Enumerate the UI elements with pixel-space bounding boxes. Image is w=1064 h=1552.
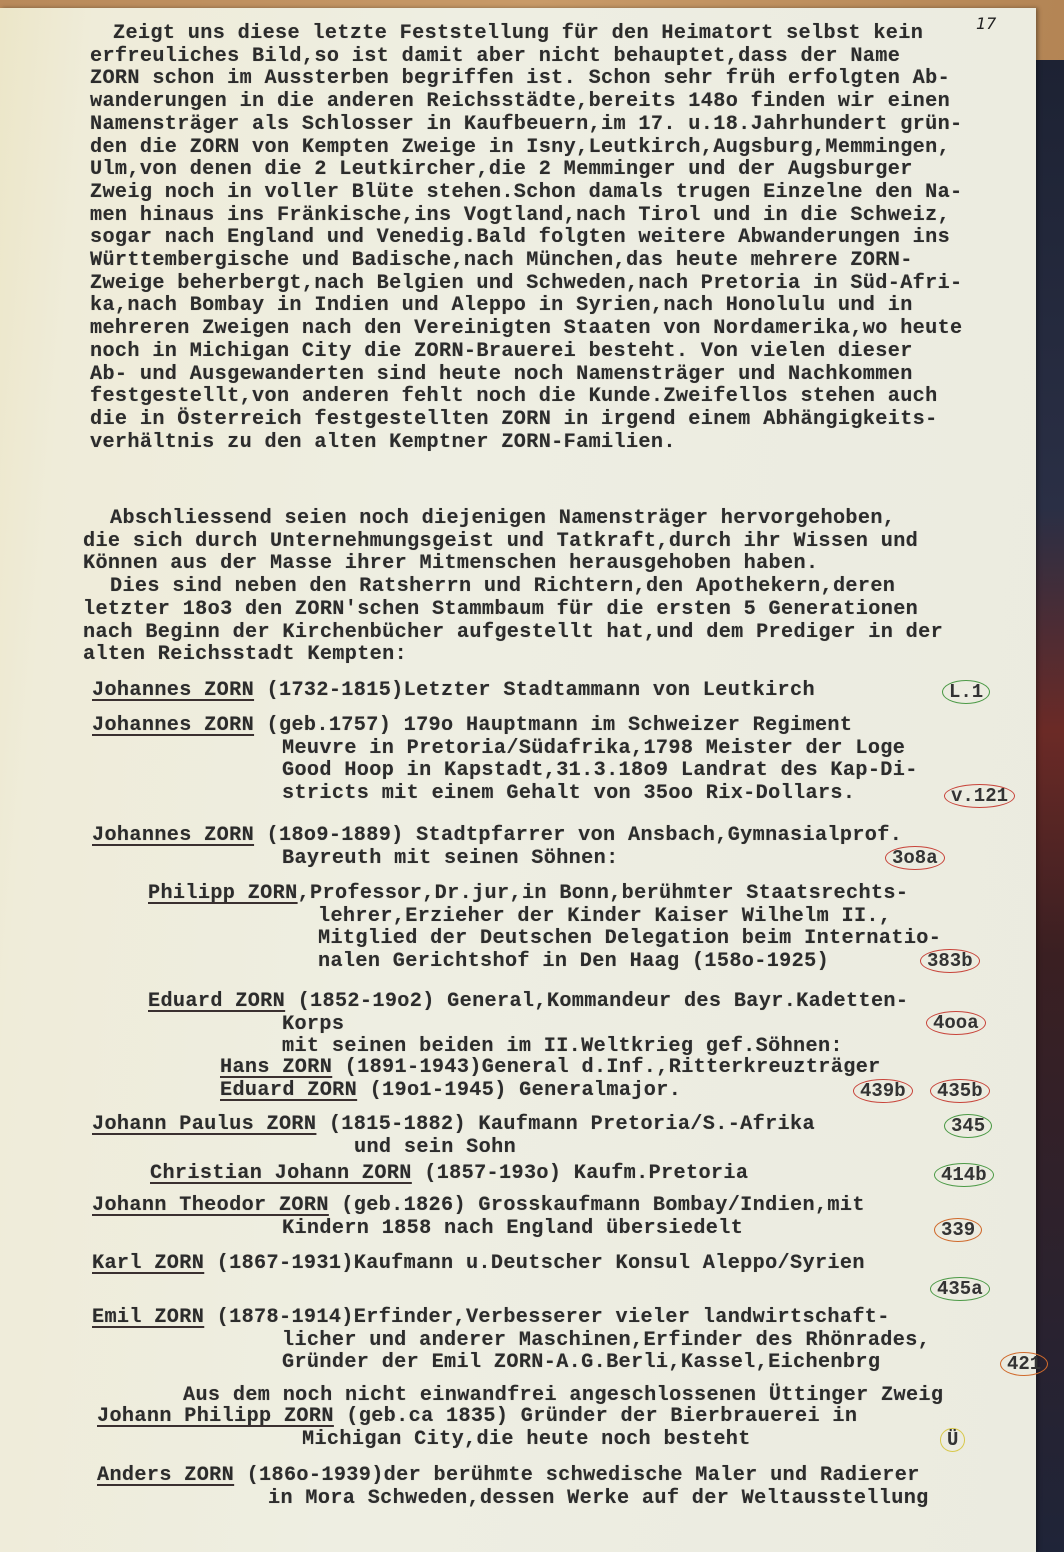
reference-number-circled: Ü [940,1428,965,1452]
person-description: licher und anderer Maschinen,Erfinder de… [282,1330,930,1353]
person-entry: Johannes ZORN (1732-1815)Letzter Stadtam… [92,680,815,703]
text-line: Abschliessend seien noch diejenigen Name… [110,508,943,531]
text-line: letzter 18o3 den ZORN'schen Stammbaum fü… [83,599,943,622]
person-name: Anders ZORN [97,1464,234,1487]
person-description: (geb.1826) Grosskaufmann Bombay/Indien,m… [329,1194,865,1217]
person-description: Mitglied der Deutschen Delegation beim I… [318,928,941,951]
text-line: noch in Michigan City die ZORN-Brauerei … [90,341,963,364]
reference-number-circled: 339 [934,1218,982,1242]
text-line: wanderungen in die anderen Reichsstädte,… [90,91,963,114]
text-line: Namensträger als Schlosser in Kaufbeuern… [90,114,963,137]
text-line: festgestellt,von anderen fehlt noch die … [90,386,963,409]
person-name: Johann Theodor ZORN [92,1194,329,1217]
reference-number-circled: 414b [934,1163,994,1187]
person-description: ,Professor,Dr.jur,in Bonn,berühmter Staa… [298,882,909,905]
person-description: Korps [282,1014,908,1037]
text-line: Ulm,von denen die 2 Leutkircher,die 2 Me… [90,159,963,182]
text-line: Zweige beherbergt,nach Belgien und Schwe… [90,273,963,296]
person-name: Emil ZORN [92,1306,204,1329]
person-entry: Eduard ZORN (1852-19o2) General,Kommande… [148,991,908,1059]
person-entry: Eduard ZORN (19o1-1945) Generalmajor. [220,1080,681,1103]
reference-number-circled: L.1 [942,680,990,704]
text-line: die sich durch Unternehmungsgeist und Ta… [83,531,943,554]
text-line: mehreren Zweigen nach den Vereinigten St… [90,318,963,341]
text-line: ZORN schon im Aussterben begriffen ist. … [90,68,963,91]
reference-number-circled: 439b [853,1079,913,1103]
person-description: in Mora Schweden,dessen Werke auf der We… [268,1488,929,1511]
reference-number-circled: 3o8a [885,846,945,870]
person-entry: Anders ZORN (186o-1939)der berühmte schw… [97,1465,929,1510]
person-description: (19o1-1945) Generalmajor. [357,1079,681,1102]
paragraph-1: Zeigt uns diese letzte Feststellung für … [113,23,963,454]
person-name: Philipp ZORN [148,882,298,905]
person-description: (1878-1914)Erfinder,Verbesserer vieler l… [204,1306,890,1329]
page-number: 17 [976,14,996,33]
text-line: nach Beginn der Kirchenbücher aufgestell… [83,622,943,645]
person-name: Eduard ZORN [220,1079,357,1102]
text-line: sogar nach England und Venedig.Bald folg… [90,227,963,250]
person-description: und sein Sohn [354,1137,815,1160]
person-description: Meuvre in Pretoria/Südafrika,1798 Meiste… [282,738,918,761]
text-line: alten Reichsstadt Kempten: [83,644,943,667]
person-name: Johannes ZORN [92,679,254,702]
person-name: Johannes ZORN [92,714,254,737]
text-line: Dies sind neben den Ratsherrn und Richte… [110,576,943,599]
person-description: (1815-1882) Kaufmann Pretoria/S.-Afrika [316,1113,815,1136]
text-line: erfreuliches Bild,so ist damit aber nich… [90,46,963,69]
person-description: (geb.ca 1835) Gründer der Bierbrauerei i… [334,1405,858,1428]
person-entry: Emil ZORN (1878-1914)Erfinder,Verbessere… [92,1307,930,1375]
text-line: den die ZORN von Kempten Zweige in Isny,… [90,137,963,160]
person-description: Michigan City,die heute noch besteht [302,1429,857,1452]
person-description: stricts mit einem Gehalt von 35oo Rix-Do… [282,783,918,806]
person-description: (1891-1943)General d.Inf.,Ritterkreuzträ… [332,1056,880,1079]
paragraph-2: Abschliessend seien noch diejenigen Name… [110,508,943,667]
person-name: Johannes ZORN [92,824,254,847]
text-line: men hinaus ins Fränkische,ins Vogtland,n… [90,205,963,228]
text-line: die in Österreich festgestellten ZORN in… [90,409,963,432]
typewritten-page: 17 Zeigt uns diese letzte Feststellung f… [0,8,1036,1552]
text-line: Können aus der Masse ihrer Mitmenschen h… [83,553,943,576]
person-name: Hans ZORN [220,1056,332,1079]
text-line: Zeigt uns diese letzte Feststellung für … [113,23,963,46]
reference-number-circled: 383b [920,949,980,973]
text-line: Zweig noch in voller Blüte stehen.Schon … [90,182,963,205]
person-entry: Johann Theodor ZORN (geb.1826) Grosskauf… [92,1195,865,1240]
person-entry: Johann Paulus ZORN (1815-1882) Kaufmann … [92,1114,815,1159]
person-description: lehrer,Erzieher der Kinder Kaiser Wilhel… [318,906,941,929]
person-description: (18o9-1889) Stadtpfarrer von Ansbach,Gym… [254,824,902,847]
reference-number-circled: v.121 [944,784,1015,808]
person-name: Johann Philipp ZORN [97,1405,334,1428]
person-entry: Johann Philipp ZORN (geb.ca 1835) Gründe… [97,1406,857,1451]
person-name: Eduard ZORN [148,990,285,1013]
person-entry: Johannes ZORN (geb.1757) 179o Hauptmann … [92,715,918,806]
person-entry: Christian Johann ZORN (1857-193o) Kaufm.… [150,1163,748,1186]
person-description: Bayreuth mit seinen Söhnen: [282,848,902,871]
person-description: (1867-1931)Kaufmann u.Deutscher Konsul A… [204,1252,865,1275]
person-name: Christian Johann ZORN [150,1162,412,1185]
reference-number-circled: 421 [1000,1352,1048,1376]
reference-number-circled: 435b [930,1079,990,1103]
person-entry: Johannes ZORN (18o9-1889) Stadtpfarrer v… [92,825,902,870]
person-description: (1852-19o2) General,Kommandeur des Bayr.… [285,990,908,1013]
person-entry: Hans ZORN (1891-1943)General d.Inf.,Ritt… [220,1057,881,1080]
person-entry: Philipp ZORN,Professor,Dr.jur,in Bonn,be… [148,883,941,974]
reference-number-circled: 4ooa [926,1011,986,1035]
person-description: Gründer der Emil ZORN-A.G.Berli,Kassel,E… [282,1352,930,1375]
text-line: Ab- und Ausgewanderten sind heute noch N… [90,364,963,387]
person-description: nalen Gerichtshof in Den Haag (158o-1925… [318,951,941,974]
text-line: ka,nach Bombay in Indien und Aleppo in S… [90,295,963,318]
person-name: Karl ZORN [92,1252,204,1275]
text-line: verhältnis zu den alten Kemptner ZORN-Fa… [90,432,963,455]
text-line: Württembergische und Badische,nach Münch… [90,250,963,273]
person-description: Good Hoop in Kapstadt,31.3.18o9 Landrat … [282,760,918,783]
person-description: Kindern 1858 nach England übersiedelt [282,1218,865,1241]
reference-number-circled: 345 [944,1114,992,1138]
person-entry: Karl ZORN (1867-1931)Kaufmann u.Deutsche… [92,1253,865,1276]
reference-number-circled: 435a [930,1277,990,1301]
person-description: (1732-1815)Letzter Stadtammann von Leutk… [254,679,815,702]
person-description: (186o-1939)der berühmte schwedische Male… [234,1464,920,1487]
person-description: (1857-193o) Kaufm.Pretoria [412,1162,749,1185]
person-name: Johann Paulus ZORN [92,1113,316,1136]
person-description: (geb.1757) 179o Hauptmann im Schweizer R… [254,714,852,737]
